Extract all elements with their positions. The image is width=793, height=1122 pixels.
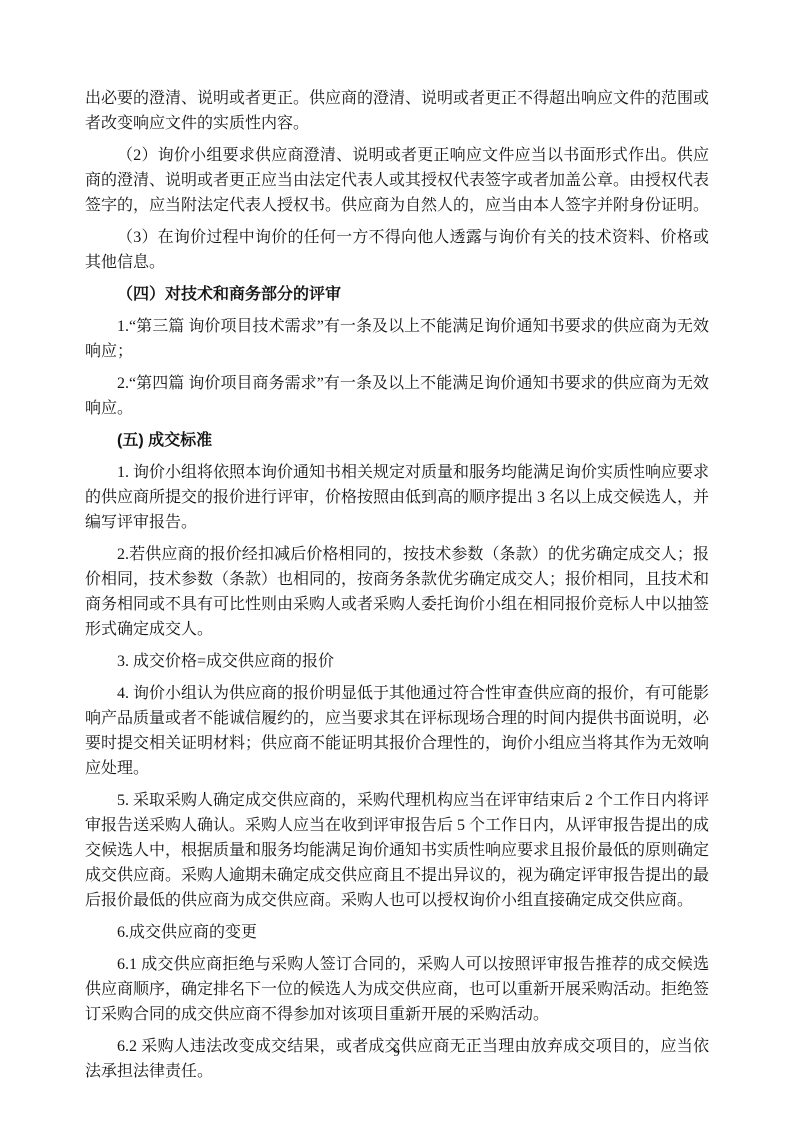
item-award-supplier-change-refusal: 6.1 成交供应商拒绝与采购人签订合同的，采购人可以按照评审报告推荐的成交候选供… [85,952,709,1027]
para-clarification-written-form: （2）询价小组要求供应商澄清、说明或者更正响应文件应当以书面形式作出。供应商的澄… [85,143,709,218]
item-award-supplier-change: 6.成交供应商的变更 [85,920,709,945]
item-award-price-definition: 3. 成交价格=成交供应商的报价 [85,649,709,674]
para-confidentiality: （3）在询价过程中询价的任何一方不得向他人透露与询价有关的技术资料、价格或其他信… [85,225,709,275]
page-number: 9 [0,1044,793,1060]
item-commercial-requirement-invalid: 2.“第四篇 询价项目商务需求”有一条及以上不能满足询价通知书要求的供应商为无效… [85,371,709,421]
item-award-confirmation-procedure: 5. 采取采购人确定成交供应商的，采购代理机构应当在评审结束后 2 个工作日内将… [85,788,709,913]
item-technical-requirement-invalid: 1.“第三篇 询价项目技术需求”有一条及以上不能满足询价通知书要求的供应商为无效… [85,314,709,364]
item-award-tiebreak-rules: 2.若供应商的报价经扣减后价格相同的，按技术参数（条款）的优劣确定成交人；报价相… [85,542,709,642]
item-award-abnormally-low-price: 4. 询价小组认为供应商的报价明显低于其他通过符合性审查供应商的报价，有可能影响… [85,681,709,781]
para-clarification-scope-continuation: 出必要的澄清、说明或者更正。供应商的澄清、说明或者更正不得超出响应文件的范围或者… [85,86,709,136]
document-page: 出必要的澄清、说明或者更正。供应商的澄清、说明或者更正不得超出响应文件的范围或者… [0,0,793,1122]
item-award-review-process: 1. 询价小组将依照本询价通知书相关规定对质量和服务均能满足询价实质性响应要求的… [85,460,709,535]
heading-technical-commercial-review: （四）对技术和商务部分的评审 [85,282,709,307]
heading-award-criteria: (五) 成交标准 [85,428,709,453]
